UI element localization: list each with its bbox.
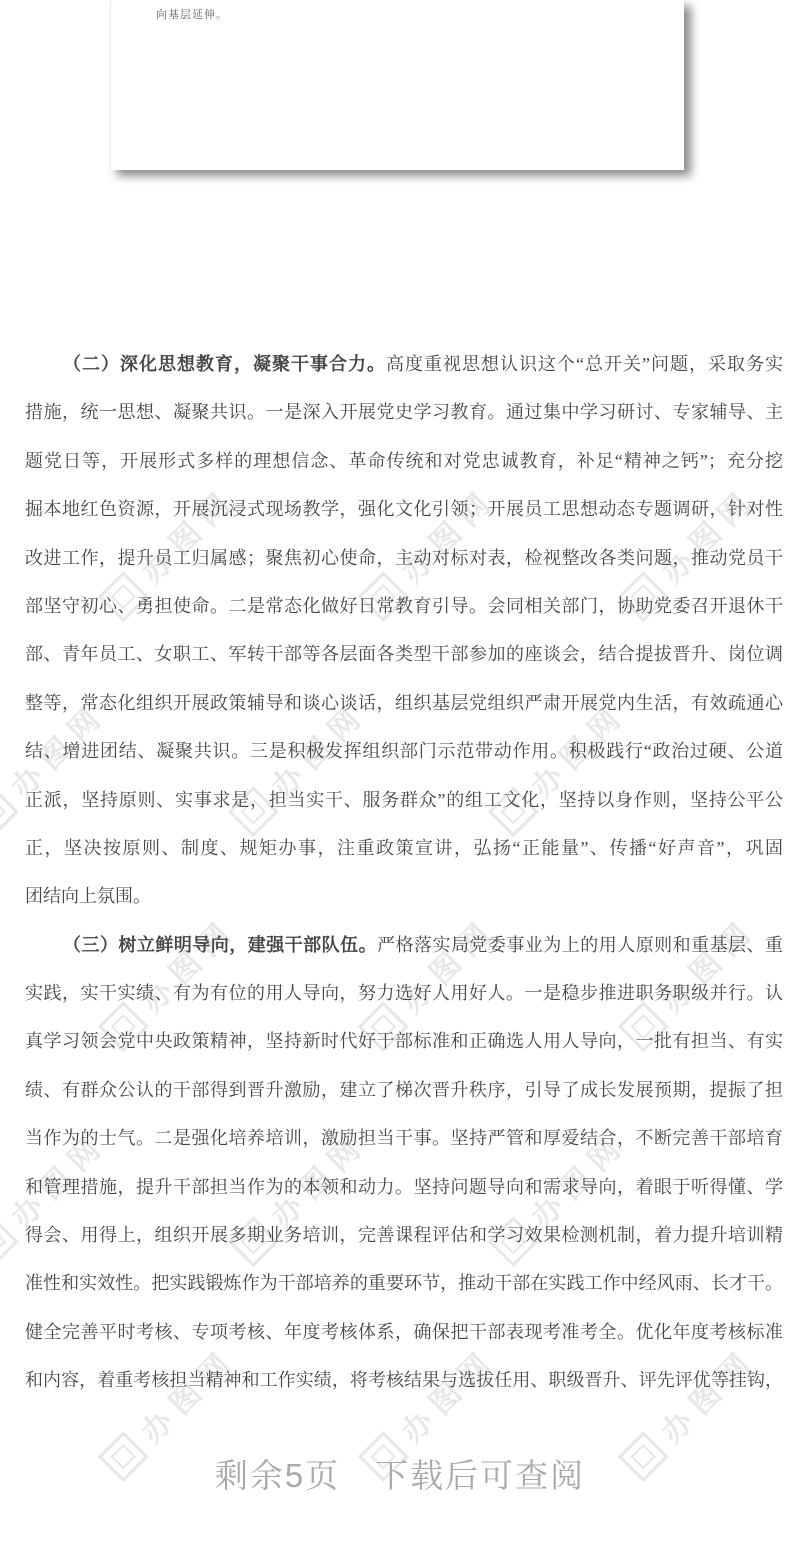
paragraph-text: 措施，统一思想、凝聚共识。一是深入开展党史学习教育。通过集中学习研讨、专家辅导、… — [25, 402, 783, 422]
doc-line: 当作为的士气。二是强化培养培训，激励担当干事。坚持严管和厚爱结合，不断完善干部培… — [25, 1114, 783, 1162]
watermark-diamond-icon — [0, 1216, 19, 1267]
doc-line: 部坚守初心、勇担使命。二是常态化做好日常教育引导。会同相关部门，协助党委召开退休… — [25, 582, 783, 630]
doc-line: 部、青年员工、女职工、军转干部等各层面各类型干部参加的座谈会，结合提拔晋升、岗位… — [25, 630, 783, 678]
doc-line: 和管理措施，提升干部担当作为的本领和动力。坚持问题导向和需求导向，着眼于听得懂、… — [25, 1163, 783, 1211]
doc-line: 得会、用得上，组织开展多期业务培训，完善课程评估和学习效果检测机制，着力提升培训… — [25, 1211, 783, 1259]
previous-page-last-line: 向基层延伸。 — [111, 0, 684, 22]
doc-line: 正，坚决按原则、制度、规矩办事，注重政策宣讲，弘扬“正能量”、传播“好声音”，巩… — [25, 824, 783, 872]
paragraph-text: 真学习领会党中央政策精神，坚持新时代好干部标准和正确选人用人导向，一批有担当、有… — [25, 1031, 783, 1051]
paragraph-text: 严格落实局党委事业为上的用人原则和重基层、重 — [377, 935, 783, 955]
paragraph-text: 题党日等，开展形式多样的理想信念、革命传统和对党忠诚教育，补足“精神之钙”；充分… — [25, 451, 783, 471]
paragraph-text: 改进工作，提升员工归属感；聚焦初心使命，主动对标对表，检视整改各类问题，推动党员… — [25, 548, 783, 568]
paragraph-text: 部坚守初心、勇担使命。二是常态化做好日常教育引导。会同相关部门，协助党委召开退休… — [25, 596, 783, 616]
doc-line: 准性和实效性。把实践锻炼作为干部培养的重要环节，推动干部在实践工作中经风雨、长才… — [25, 1259, 783, 1307]
paragraph-text: 正，坚决按原则、制度、规矩办事，注重政策宣讲，弘扬“正能量”、传播“好声音”，巩… — [25, 838, 783, 858]
paragraph-text: 掘本地红色资源，开展沉浸式现场教学，强化文化引领；开展员工思想动态专题调研，针对… — [25, 499, 783, 519]
paragraph-text: 部、青年员工、女职工、军转干部等各层面各类型干部参加的座谈会，结合提拔晋升、岗位… — [25, 644, 783, 664]
watermark-diamond-inner — [0, 1229, 6, 1254]
doc-line: 改进工作，提升员工归属感；聚焦初心使命，主动对标对表，检视整改各类问题，推动党员… — [25, 534, 783, 582]
doc-line: 整等，常态化组织开展政策辅导和谈心谈话，组织基层党组织严肃开展党内生活，有效疏通… — [25, 679, 783, 727]
paragraph-text: 当作为的士气。二是强化培养培训，激励担当干事。坚持严管和厚爱结合，不断完善干部培… — [25, 1128, 783, 1148]
doc-line: 绩、有群众公认的干部得到晋升激励，建立了梯次晋升秩序，引导了成长发展预期，提振了… — [25, 1066, 783, 1114]
doc-line: 措施，统一思想、凝聚共识。一是深入开展党史学习教育。通过集中学习研讨、专家辅导、… — [25, 388, 783, 436]
doc-line: 正派，坚持原则、实事求是，担当实干、服务群众”的组工文化，坚持以身作则，坚持公平… — [25, 776, 783, 824]
doc-line: 掘本地红色资源，开展沉浸式现场教学，强化文化引领；开展员工思想动态专题调研，针对… — [25, 485, 783, 533]
paragraph-text: 准性和实效性。把实践锻炼作为干部培养的重要环节，推动干部在实践工作中经风雨、长才… — [25, 1273, 783, 1293]
doc-line: 实践，实干实绩、有为有位的用人导向，努力选好人用好人。一是稳步推进职务职级并行。… — [25, 969, 783, 1017]
paragraph-text: 健全完善平时考核、专项考核、年度考核体系，确保把干部表现考准考全。优化年度考核标… — [25, 1322, 783, 1342]
paragraph-text: 高度重视思想认识这个“总开关”问题，采取务实 — [386, 354, 783, 374]
doc-line: （三）树立鲜明导向，建强干部队伍。严格落实局党委事业为上的用人原则和重基层、重 — [25, 921, 783, 969]
remaining-pages-notice: 剩余5页 下载后可查阅 — [0, 1450, 800, 1497]
doc-line: （二）深化思想教育，凝聚干事合力。高度重视思想认识这个“总开关”问题，采取务实 — [25, 340, 783, 388]
paragraph-heading-text: （三）树立鲜明导向，建强干部队伍。 — [63, 935, 377, 955]
paragraph-text: 实践，实干实绩、有为有位的用人导向，努力选好人用好人。一是稳步推进职务职级并行。… — [25, 983, 783, 1003]
doc-line: 和内容，着重考核担当精神和工作实绩，将考核结果与选拔任用、职级晋升、评先评优等挂… — [25, 1356, 783, 1404]
doc-line: 健全完善平时考核、专项考核、年度考核体系，确保把干部表现考准考全。优化年度考核标… — [25, 1308, 783, 1356]
paragraph-text: 得会、用得上，组织开展多期业务培训，完善课程评估和学习效果检测机制，着力提升培训… — [25, 1225, 783, 1245]
paragraph: （二）深化思想教育，凝聚干事合力。高度重视思想认识这个“总开关”问题，采取务实措… — [25, 340, 783, 921]
doc-line: 结、增进团结、凝聚共识。三是积极发挥组织部门示范带动作用。积极践行“政治过硬、公… — [25, 727, 783, 775]
doc-line: 题党日等，开展形式多样的理想信念、革命传统和对党忠诚教育，补足“精神之钙”；充分… — [25, 437, 783, 485]
doc-line: 真学习领会党中央政策精神，坚持新时代好干部标准和正确选人用人导向，一批有担当、有… — [25, 1017, 783, 1065]
paragraph-text: 整等，常态化组织开展政策辅导和谈心谈话，组织基层党组织严肃开展党内生活，有效疏通… — [25, 693, 783, 713]
paragraph-text: 和管理措施，提升干部担当作为的本领和动力。坚持问题导向和需求导向，着眼于听得懂、… — [25, 1177, 783, 1197]
document-body: （二）深化思想教育，凝聚干事合力。高度重视思想认识这个“总开关”问题，采取务实措… — [25, 340, 783, 1405]
watermark-diamond-inner — [0, 799, 6, 824]
previous-page-fragment: 向基层延伸。 — [110, 0, 684, 170]
watermark-diamond-icon — [0, 786, 19, 837]
paragraph-text: 团结向上氛围。 — [25, 886, 151, 906]
paragraph-text: 和内容，着重考核担当精神和工作实绩，将考核结果与选拔任用、职级晋升、评先评优等挂… — [25, 1370, 783, 1390]
paragraph-text: 正派，坚持原则、实事求是，担当实干、服务群众”的组工文化，坚持以身作则，坚持公平… — [25, 790, 783, 810]
paragraph: （三）树立鲜明导向，建强干部队伍。严格落实局党委事业为上的用人原则和重基层、重实… — [25, 921, 783, 1405]
paragraph-text: 结、增进团结、凝聚共识。三是积极发挥组织部门示范带动作用。积极践行“政治过硬、公… — [25, 741, 783, 761]
doc-line: 团结向上氛围。 — [25, 872, 783, 920]
paragraph-heading-text: （二）深化思想教育，凝聚干事合力。 — [63, 354, 386, 374]
paragraph-text: 绩、有群众公认的干部得到晋升激励，建立了梯次晋升秩序，引导了成长发展预期，提振了… — [25, 1080, 783, 1100]
